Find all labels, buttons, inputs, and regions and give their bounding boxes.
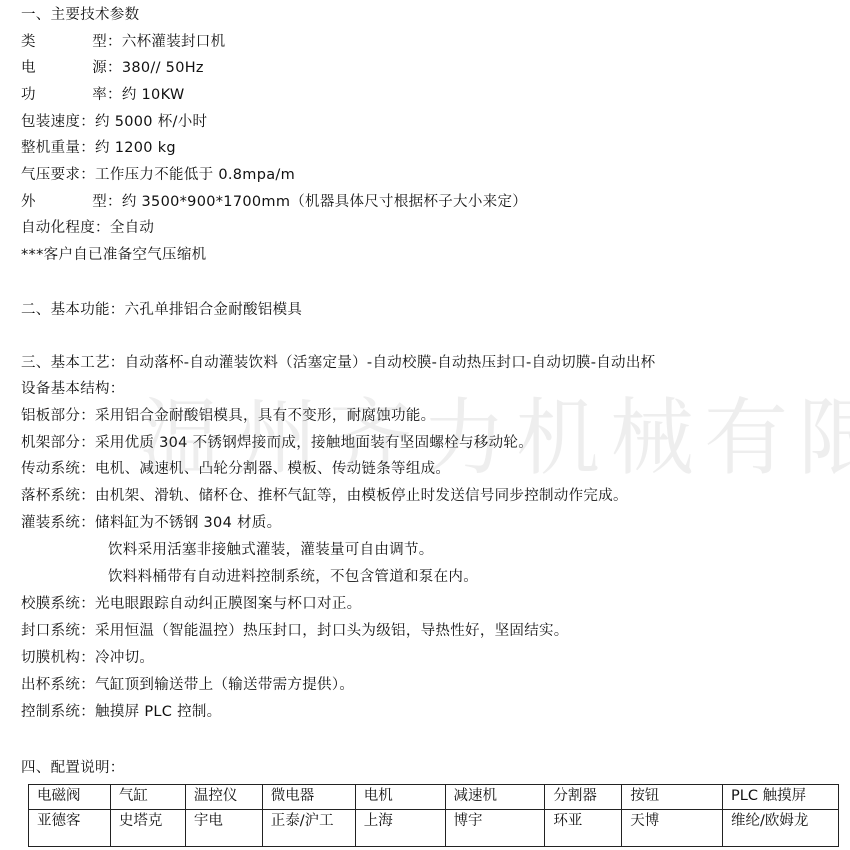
table-cell: 按钮 [622,785,723,810]
param-power-source: 电源：380// 50Hz [21,58,204,78]
table-cell: 微电器 [262,785,355,810]
param-value: 380// 50Hz [122,60,204,76]
table-cell: 分割器 [545,785,622,810]
param-weight: 整机重量：约 1200 kg [21,138,176,158]
structure-item-film-alignment: 校膜系统：光电眼跟踪自动纠正膜图案与杯口对正。 [21,594,361,614]
structure-item-sealing: 封口系统：采用恒温（智能温控）热压封口，封口头为级铝，导热性好，坚固结实。 [21,621,569,641]
table-cell: 电机 [355,785,445,810]
table-row-brands: 亚德客 史塔克 宇电 正泰/沪工 上海 博宇 环亚 天博 维纶/欧姆龙 [29,810,839,847]
param-value: 约 3500*900*1700mm（机器具体尺寸根据杯子大小来定） [122,194,527,210]
param-air-pressure: 气压要求：工作压力不能低于 0.8mpa/m [21,165,295,185]
table-row-components: 电磁阀 气缸 温控仪 微电器 电机 减速机 分割器 按钮 PLC 触摸屏 [29,785,839,810]
table-cell: 史塔克 [110,810,185,847]
table-cell: 温控仪 [185,785,262,810]
filling-detail-1: 饮料采用活塞非接触式灌装，灌装量可自由调节。 [108,540,434,560]
param-value: 工作压力不能低于 0.8mpa/m [95,167,295,183]
param-value: 全自动 [110,220,154,236]
table-cell: 气缸 [110,785,185,810]
param-type: 类型：六杯灌装封口机 [21,32,225,52]
filling-detail-2: 饮料料桶带有自动进料控制系统，不包含管道和泵在内。 [108,567,478,587]
structure-item-filling: 灌装系统：储料缸为不锈钢 304 材质。 [21,513,281,533]
table-cell: 维纶/欧姆龙 [723,810,839,847]
param-value: 约 1200 kg [95,140,176,156]
table-cell: PLC 触摸屏 [723,785,839,810]
structure-item-frame: 机架部分：采用优质 304 不锈钢焊接而成，接触地面装有坚固螺栓与移动轮。 [21,433,533,453]
param-packing-speed: 包装速度：约 5000 杯/小时 [21,112,207,132]
table-cell: 博宇 [445,810,545,847]
structure-item-transmission: 传动系统：电机、减速机、凸轮分割器、模板、传动链条等组成。 [21,459,450,479]
customer-note: ***客户自已准备空气压缩机 [21,245,206,265]
param-value: 六杯灌装封口机 [122,34,226,50]
table-cell: 电磁阀 [29,785,111,810]
structure-item-aluminum-plate: 铝板部分：采用铝合金耐酸铝模具，具有不变形，耐腐蚀功能。 [21,406,435,426]
section2-title: 二、基本功能：六孔单排铝合金耐酸铝模具 [21,300,302,320]
structure-item-cup-output: 出杯系统：气缸顶到输送带上（输送带需方提供）。 [21,675,354,695]
section1-title: 一、主要技术参数 [21,5,139,25]
structure-item-control: 控制系统：触摸屏 PLC 控制。 [21,702,221,722]
structure-item-cup-drop: 落杯系统：由机架、滑轨、储杯仓、推杯气缸等，由模板停止时发送信号同步控制动作完成… [21,486,628,506]
section4-title: 四、配置说明： [21,758,125,778]
table-cell: 天博 [622,810,723,847]
section3-title: 三、基本工艺：自动落杯-自动灌装饮料（活塞定量）-自动校膜-自动热压封口-自动切… [21,353,655,373]
table-cell: 亚德客 [29,810,111,847]
table-cell: 上海 [355,810,445,847]
param-value: 约 10KW [122,87,185,103]
param-automation: 自动化程度：全自动 [21,218,154,238]
param-power: 功率：约 10KW [21,85,185,105]
table-cell: 宇电 [185,810,262,847]
configuration-table: 电磁阀 气缸 温控仪 微电器 电机 减速机 分割器 按钮 PLC 触摸屏 亚德客… [28,784,839,847]
param-dimensions: 外型：约 3500*900*1700mm（机器具体尺寸根据杯子大小来定） [21,192,527,212]
table-cell: 减速机 [445,785,545,810]
table-cell: 环亚 [545,810,622,847]
structure-item-film-cutting: 切膜机构：冷冲切。 [21,648,154,668]
structure-heading: 设备基本结构： [21,379,125,399]
table-cell: 正泰/沪工 [262,810,355,847]
param-value: 约 5000 杯/小时 [95,114,207,130]
